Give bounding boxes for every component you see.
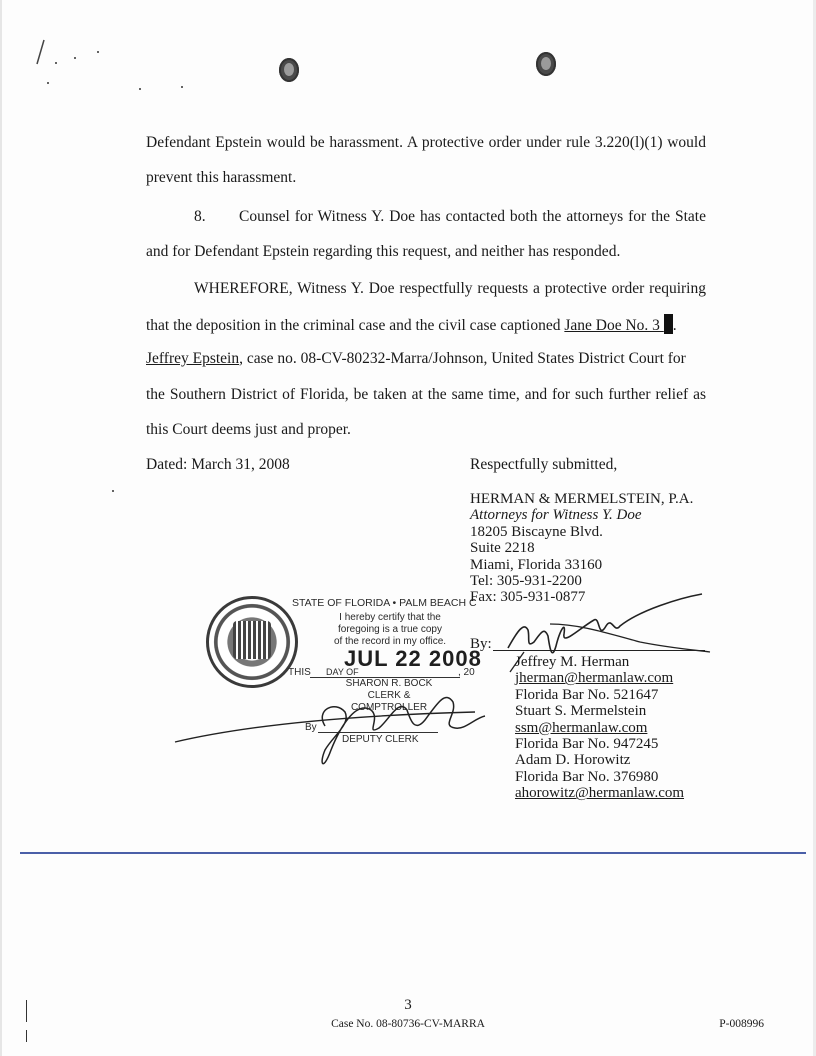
footer-case-number: Case No. 08-80736-CV-MARRA <box>0 1018 816 1030</box>
attorney-bar-no: Florida Bar No. 947245 <box>515 736 684 752</box>
scan-speck <box>181 86 183 88</box>
attorney-email-link[interactable]: ahorowitz@hermanlaw.com <box>515 785 684 801</box>
body-line: Defendant Epstein would be harassment. A… <box>146 133 706 153</box>
scan-speck <box>139 88 141 90</box>
attorney-bar-no: Florida Bar No. 521647 <box>515 687 684 703</box>
attorney-name: Stuart S. Mermelstein <box>515 703 684 719</box>
scan-margin-mark <box>26 1030 27 1042</box>
punch-hole-icon <box>536 52 556 76</box>
body-line: WHEREFORE, Witness Y. Doe respectfully r… <box>194 279 706 299</box>
scan-edge-left <box>0 0 2 1056</box>
firm-signature-block: HERMAN & MERMELSTEIN, P.A. Attorneys for… <box>470 491 693 606</box>
scan-mark-icon <box>36 38 46 68</box>
stamp-line: foregoing is a true copy <box>330 624 450 636</box>
scan-speck <box>74 57 76 59</box>
scan-speck <box>47 82 49 84</box>
attorney-email-link[interactable]: jherman@hermanlaw.com <box>515 670 684 686</box>
firm-name: HERMAN & MERMELSTEIN, P.A. <box>470 491 693 507</box>
stamp-line: I hereby certify that the <box>330 612 450 624</box>
body-text: . <box>673 317 677 334</box>
page-number: 3 <box>0 997 816 1014</box>
body-line-caption: Jeffrey Epstein, case no. 08-CV-80232-Ma… <box>146 349 706 369</box>
body-line: this Court deems just and proper. <box>146 420 706 440</box>
bates-number: P-008996 <box>719 1018 764 1030</box>
paragraph-number: 8. <box>194 207 234 227</box>
firm-city: Miami, Florida 33160 <box>470 557 693 573</box>
body-text: that the deposition in the criminal case… <box>146 317 564 334</box>
body-line: prevent this harassment. <box>146 168 706 188</box>
attorney-list: Jeffrey M. Herman jherman@hermanlaw.com … <box>515 654 684 802</box>
scan-speck <box>55 62 57 64</box>
stamp-header: STATE OF FLORIDA • PALM BEACH C <box>292 597 477 609</box>
firm-role: Attorneys for Witness Y. Doe <box>470 507 693 523</box>
punch-hole-icon <box>279 58 299 82</box>
attorney-email-link[interactable]: ssm@hermanlaw.com <box>515 720 684 736</box>
document-page: Defendant Epstein would be harassment. A… <box>0 0 816 1056</box>
firm-address-line1: 18205 Biscayne Blvd. <box>470 524 693 540</box>
attorney-name: Adam D. Horowitz <box>515 752 684 768</box>
attorney-name: Jeffrey M. Herman <box>515 654 684 670</box>
body-line: the Southern District of Florida, be tak… <box>146 385 706 405</box>
case-caption-defendant: Jeffrey Epstein <box>146 350 239 367</box>
firm-address-line2: Suite 2218 <box>470 540 693 556</box>
body-line-caption: that the deposition in the criminal case… <box>146 314 706 336</box>
body-line: and for Defendant Epstein regarding this… <box>146 242 706 262</box>
dated-line: Dated: March 31, 2008 <box>146 455 346 475</box>
firm-tel: Tel: 305-931-2200 <box>470 573 693 589</box>
scan-speck <box>97 51 99 53</box>
page-divider-rule <box>20 852 806 854</box>
clerk-signature-icon <box>175 640 495 770</box>
body-line: Counsel for Witness Y. Doe has contacted… <box>239 207 706 227</box>
case-caption-plaintiff: Jane Doe No. 3 <box>564 317 663 334</box>
attorney-bar-no: Florida Bar No. 376980 <box>515 769 684 785</box>
body-text: , case no. 08-CV-80232-Marra/Johnson, Un… <box>239 350 686 367</box>
respectfully-submitted: Respectfully submitted, <box>470 455 670 475</box>
scan-speck <box>112 490 114 492</box>
redaction-bar <box>664 314 673 334</box>
